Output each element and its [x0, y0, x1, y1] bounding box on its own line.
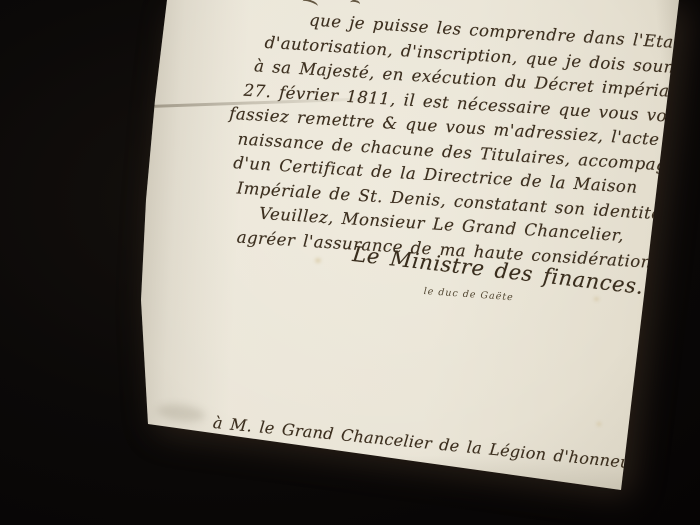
letter-paper: que je puisse les comprendre dans l'Etat… — [0, 0, 700, 525]
letter-body: que je puisse les comprendre dans l'Etat… — [221, 4, 700, 277]
signature-paraph: le duc de Gaëte — [423, 286, 514, 303]
foxing-spot — [597, 422, 601, 426]
photo-background: que je puisse les comprendre dans l'Etat… — [0, 0, 700, 525]
cropped-ink-stroke — [349, 0, 360, 8]
foxing-spot — [594, 297, 599, 301]
paper-shadow: que je puisse les comprendre dans l'Etat… — [0, 0, 700, 525]
address-line: à M. le Grand Chancelier de la Légion d'… — [212, 413, 643, 473]
cropped-ink-stroke — [682, 0, 697, 13]
ink-smudge — [156, 402, 206, 424]
foxing-spot — [315, 258, 321, 263]
